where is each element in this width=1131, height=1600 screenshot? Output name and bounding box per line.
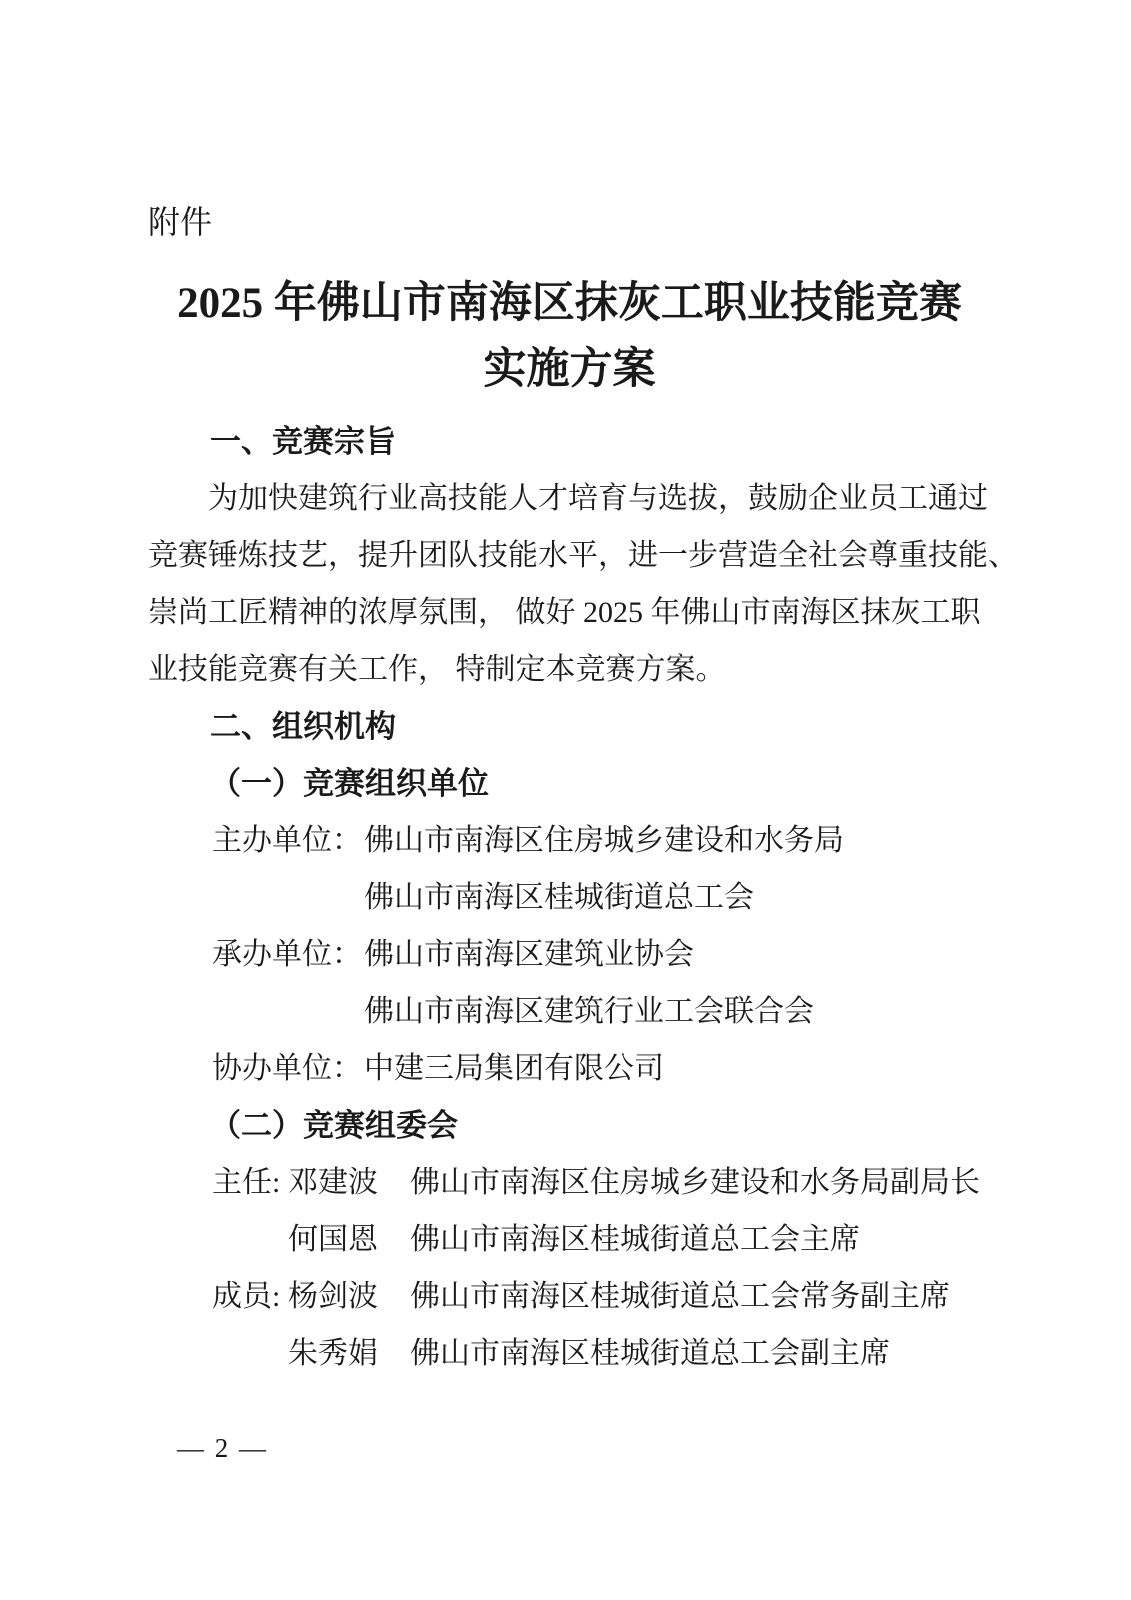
committee-title: 佛山市南海区桂城街道总工会常务副主席 bbox=[410, 1268, 991, 1325]
committee-role: 成员: bbox=[212, 1268, 288, 1325]
section-1-heading: 一、竞赛宗旨 bbox=[148, 413, 991, 470]
subsection-2-heading: （二）竞赛组委会 bbox=[148, 1097, 991, 1154]
org-row-organizer-2: 佛山市南海区建筑行业工会联合会 bbox=[148, 983, 991, 1040]
paragraph-line-2: 竞赛锤炼技艺，提升团队技能水平，进一步营造全社会尊重技能、 bbox=[148, 527, 991, 584]
document-title: 2025 年佛山市南海区抹灰工职业技能竞赛 实施方案 bbox=[148, 271, 991, 403]
org-label bbox=[212, 869, 364, 926]
paragraph-line-3: 崇尚工匠精神的浓厚氛围， 做好 2025 年佛山市南海区抹灰工职 bbox=[148, 584, 991, 641]
page-number: — 2 — bbox=[177, 1433, 268, 1463]
committee-row-member-1: 成员: 杨剑波 佛山市南海区桂城街道总工会常务副主席 bbox=[148, 1268, 991, 1325]
committee-title: 佛山市南海区住房城乡建设和水务局副局长 bbox=[410, 1154, 991, 1211]
committee-row-member-2: 朱秀娟 佛山市南海区桂城街道总工会副主席 bbox=[148, 1325, 991, 1382]
committee-title: 佛山市南海区桂城街道总工会副主席 bbox=[410, 1325, 991, 1382]
committee-role bbox=[212, 1211, 288, 1268]
committee-role: 主任: bbox=[212, 1154, 288, 1211]
org-label: 主办单位： bbox=[212, 812, 364, 869]
org-value: 佛山市南海区建筑行业工会联合会 bbox=[364, 983, 991, 1040]
committee-name: 朱秀娟 bbox=[288, 1325, 410, 1382]
paragraph-line-1: 为加快建筑行业高技能人才培育与选拔，鼓励企业员工通过 bbox=[148, 470, 991, 527]
committee-role bbox=[212, 1325, 288, 1382]
committee-name: 何国恩 bbox=[288, 1211, 410, 1268]
org-label bbox=[212, 983, 364, 1040]
section-2-heading: 二、组织机构 bbox=[148, 698, 991, 755]
document-page: 附件 2025 年佛山市南海区抹灰工职业技能竞赛 实施方案 一、竞赛宗旨 为加快… bbox=[0, 0, 1131, 1600]
subsection-1-heading: （一）竞赛组织单位 bbox=[148, 755, 991, 812]
attachment-label: 附件 bbox=[148, 203, 991, 241]
org-value: 佛山市南海区桂城街道总工会 bbox=[364, 869, 991, 926]
org-row-organizer-1: 承办单位： 佛山市南海区建筑业协会 bbox=[148, 926, 991, 983]
org-row-host-1: 主办单位： 佛山市南海区住房城乡建设和水务局 bbox=[148, 812, 991, 869]
committee-name: 邓建波 bbox=[288, 1154, 410, 1211]
paragraph-line-4: 业技能竞赛有关工作， 特制定本竞赛方案。 bbox=[148, 641, 991, 698]
org-value: 中建三局集团有限公司 bbox=[364, 1040, 991, 1097]
org-value: 佛山市南海区建筑业协会 bbox=[364, 926, 991, 983]
org-label: 承办单位： bbox=[212, 926, 364, 983]
org-label: 协办单位： bbox=[212, 1040, 364, 1097]
committee-row-director-2: 何国恩 佛山市南海区桂城街道总工会主席 bbox=[148, 1211, 991, 1268]
org-value: 佛山市南海区住房城乡建设和水务局 bbox=[364, 812, 991, 869]
committee-title: 佛山市南海区桂城街道总工会主席 bbox=[410, 1211, 991, 1268]
committee-row-director-1: 主任: 邓建波 佛山市南海区住房城乡建设和水务局副局长 bbox=[148, 1154, 991, 1211]
title-line-1: 2025 年佛山市南海区抹灰工职业技能竞赛 bbox=[148, 271, 991, 337]
org-row-host-2: 佛山市南海区桂城街道总工会 bbox=[148, 869, 991, 926]
title-line-2: 实施方案 bbox=[148, 337, 991, 403]
committee-name: 杨剑波 bbox=[288, 1268, 410, 1325]
org-row-coorganizer: 协办单位： 中建三局集团有限公司 bbox=[148, 1040, 991, 1097]
